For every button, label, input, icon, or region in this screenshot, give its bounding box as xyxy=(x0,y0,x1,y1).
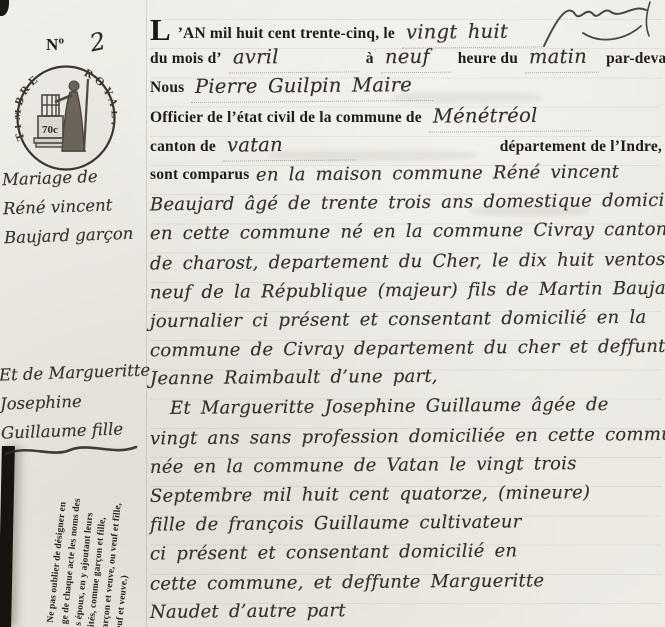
act-line: vingt ans sans profession domiciliée en … xyxy=(150,422,662,451)
printed-form-text: Officier de l’état civil de la commune d… xyxy=(150,103,422,132)
handwritten-entry: Et Margueritte Josephine Guillaume âgée … xyxy=(170,391,609,424)
margin-note-line: Baujard garçon xyxy=(4,219,134,252)
printed-form-text: à xyxy=(366,44,374,73)
margin-note-line: Mariage de xyxy=(2,161,132,194)
handwritten-entry: avril xyxy=(229,42,359,74)
margin-note-line: Réné vincent xyxy=(3,190,133,223)
handwritten-entry: journalier ci présent et consentant domi… xyxy=(150,303,647,337)
printed-form-text: sont comparus xyxy=(150,160,249,189)
handwritten-entry: neuf de la République (majeur) fils de M… xyxy=(150,273,665,307)
handwritten-entry: Pierre Guilpin Maire xyxy=(191,70,433,103)
printed-form-text: par-devant xyxy=(606,44,665,73)
margin-note-line: Et de Margueritte xyxy=(0,355,151,389)
act-line: Et Margueritte Josephine Guillaume âgée … xyxy=(150,392,662,421)
act-line: commune de Civray departement du cher et… xyxy=(150,334,662,363)
handwritten-entry: cette commune, et deffunte Margueritte xyxy=(150,566,545,599)
handwritten-entry: Naudet d’autre part xyxy=(150,596,346,627)
act-line: en cette commune né en la commune Civray… xyxy=(150,217,662,246)
act-line: NousPierre Guilpin Maire xyxy=(150,71,662,100)
handwritten-entry: née en la commune de Vatan le vingt troi… xyxy=(150,449,577,482)
handwritten-entry: Ménétréol xyxy=(429,100,591,133)
numero-label: No xyxy=(46,35,64,54)
act-line: Septembre mil huit cent quatorze, (mineu… xyxy=(150,480,662,509)
handwritten-entry: neuf xyxy=(381,42,451,74)
handwritten-entry: de charost, departement du Cher, le dix … xyxy=(150,244,665,278)
numero-value: 2 xyxy=(87,27,108,58)
act-body: L’AN mil huit cent trente-cinq, levingt … xyxy=(150,13,662,626)
underline-flourish-icon xyxy=(0,441,142,461)
act-line: L’AN mil huit cent trente-cinq, levingt … xyxy=(150,13,662,42)
handwritten-entry: ci présent et consentant domicilié en xyxy=(150,537,518,569)
rotated-instruction-note: Ne pas oublier de désigner enge de chaqu… xyxy=(45,482,145,627)
book-binding-edge xyxy=(0,446,15,627)
handwritten-entry: fille de françois Guillaume cultivateur xyxy=(150,508,522,540)
handwritten-entry: vatan xyxy=(223,129,355,161)
stamp-denomination: 70c xyxy=(42,124,58,136)
scan-corner-artifact xyxy=(0,0,9,16)
act-line: sont comparusen la maison commune Réné v… xyxy=(150,159,662,188)
act-line: fille de françois Guillaume cultivateur xyxy=(150,509,662,538)
act-line: cette commune, et deffunte Margueritte xyxy=(150,568,662,597)
rotated-note-lines: Ne pas oublier de désigner enge de chaqu… xyxy=(45,482,145,627)
handwritten-entry: en la maison commune Réné vincent xyxy=(256,157,619,189)
act-line: née en la commune de Vatan le vingt troi… xyxy=(150,451,662,480)
act-line: canton devatandépartement de l’Indre, xyxy=(150,130,662,159)
act-line: neuf de la République (majeur) fils de M… xyxy=(150,276,662,305)
printed-form-text: Nous xyxy=(150,73,184,102)
act-line: journalier ci présent et consentant domi… xyxy=(150,305,662,334)
act-line: Beaujard âgé de trente trois ans domesti… xyxy=(150,188,662,217)
margin-note-groom: Mariage deRéné vincentBaujard garçon xyxy=(2,161,134,252)
act-line: du mois d’avrilàneufheure dumatinpar-dev… xyxy=(150,42,662,71)
handwritten-entry: en cette commune né en la commune Civray… xyxy=(150,215,665,249)
act-line: Officier de l’état civil de la commune d… xyxy=(150,101,662,130)
timbre-royal-stamp-icon: TIMBRE ROYAL. 70c xyxy=(15,64,117,172)
handwritten-entry: matin xyxy=(525,42,599,74)
act-number: No 2 xyxy=(46,28,106,56)
margin-note-bride: Et de MargueritteJosephineGuillaume fill… xyxy=(0,355,153,447)
printed-form-text: heure du xyxy=(458,44,518,73)
margin-rule-line xyxy=(146,0,147,627)
handwritten-entry: Jeanne Raimbault d’une part, xyxy=(150,362,438,394)
handwritten-entry: vingt ans sans profession domiciliée en … xyxy=(150,419,665,453)
act-line: Jeanne Raimbault d’une part, xyxy=(150,363,662,392)
printed-form-text: du mois d’ xyxy=(150,44,222,73)
handwritten-entry: commune de Civray departement du cher et… xyxy=(150,332,665,366)
drop-cap: L xyxy=(150,15,171,44)
printed-form-text: département de l’Indre, xyxy=(500,132,662,161)
handwritten-entry: Septembre mil huit cent quatorze, (mineu… xyxy=(150,478,591,511)
act-line: ci présent et consentant domicilié en xyxy=(150,538,662,567)
printed-form-text: canton de xyxy=(150,132,216,161)
register-page: No 2 TIMBRE ROYAL. 7 xyxy=(0,0,665,627)
act-line: Naudet d’autre part xyxy=(150,597,662,626)
act-line: de charost, departement du Cher, le dix … xyxy=(150,247,662,276)
